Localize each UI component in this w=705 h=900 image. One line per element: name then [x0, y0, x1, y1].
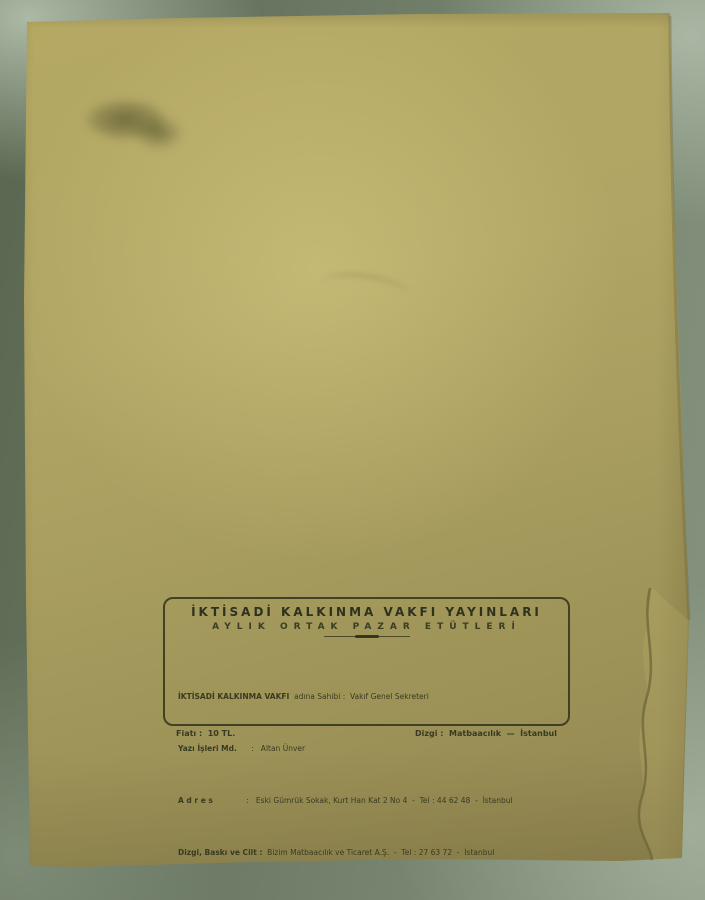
stain-mark [72, 92, 192, 158]
colophon-title: İKTİSADİ KALKINMA VAKFI YAYINLARI [165, 605, 568, 620]
colophon-line: Dizgi, Baskı ve Cilt : Bizim Matbaacılık… [178, 844, 560, 861]
divider-ornament [324, 636, 410, 637]
colophon-subtitle: AYLIK ORTAK PAZAR ETÜTLERİ [165, 622, 568, 632]
faint-scuff-mark [318, 269, 411, 309]
colophon-line: Yazı İşleri Md. : Altan Ünver [178, 740, 560, 757]
colophon-lines: İKTİSADİ KALKINMA VAKFI adına Sahibi : V… [178, 653, 560, 897]
colophon-box: İKTİSADİ KALKINMA VAKFI YAYINLARI AYLIK … [163, 597, 570, 726]
colophon-line: İKTİSADİ KALKINMA VAKFI adına Sahibi : V… [178, 688, 560, 705]
colophon-line: A d r e s : Eski Gümrük Sokak, Kurt Han … [178, 792, 560, 809]
printer-label: Dizgi : Matbaacılık — İstanbul [415, 729, 557, 738]
price-label: Fiatı : 10 TL. [176, 729, 235, 738]
